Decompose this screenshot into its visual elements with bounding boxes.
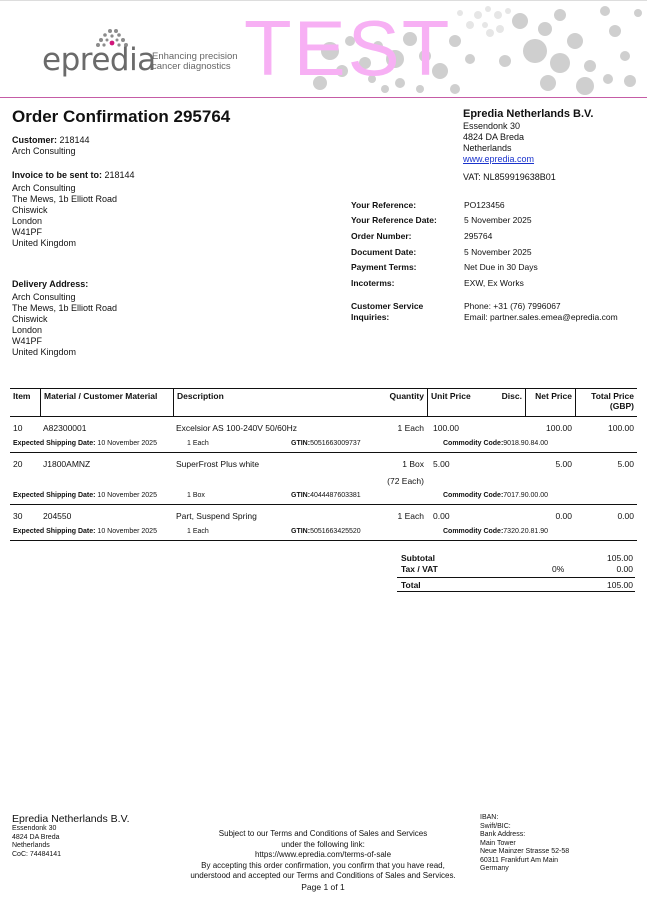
reference-label: Document Date: [351,247,464,257]
shipping-quantity: 1 Box [187,492,205,499]
shipping-date-value: 10 November 2025 [97,528,157,535]
reference-value: EXW, Ex Works [464,278,524,288]
reference-row: Your Reference:PO123456 [351,197,538,213]
address-line: W41PF [12,227,135,238]
customer-label: Customer: [12,135,57,145]
net-price: 0.00 [555,511,572,521]
seller-line: Netherlands [463,143,593,154]
invoice-address-block: Invoice to be sent to: 218144 Arch Consu… [12,170,135,249]
unit-price: 0.00 [433,511,450,521]
footer-company-line: Netherlands [12,842,130,851]
address-line: Arch Consulting [12,183,135,194]
page-title: Order Confirmation 295764 [12,107,230,127]
item-quantity: 1 Box [402,459,424,469]
website-link[interactable]: www.epredia.com [463,154,593,165]
footer-bank: IBAN: Swift/BIC: Bank Address: Main Towe… [480,814,569,874]
col-material: Material / Customer Material [40,389,173,416]
address-line: United Kingdom [12,347,117,358]
tagline-line-2: cancer diagnostics [152,62,238,72]
reference-details: Your Reference:PO123456 Your Reference D… [351,197,538,291]
address-line: The Mews, 1b Elliott Road [12,194,135,205]
col-description: Description [173,389,373,416]
invoice-label: Invoice to be sent to: [12,170,102,180]
vat-number: VAT: NL859919638B01 [463,172,593,183]
material-number: 204550 [43,511,71,521]
customer-block: Customer: 218144 Arch Consulting [12,135,90,157]
tax-value: 0.00 [616,564,633,574]
logo-tagline: Enhancing precision cancer diagnostics [152,52,238,72]
bank-line: IBAN: [480,814,569,823]
footer-company: Epredia Netherlands B.V. Essendonk 30 48… [12,813,130,859]
header-divider [0,97,647,98]
col-disc: Disc. [480,389,525,416]
address-line: Arch Consulting [12,292,117,303]
shipping-date-value: 10 November 2025 [97,440,157,447]
reference-label: Your Reference: [351,200,464,210]
seller-line: Essendonk 30 [463,121,593,132]
net-price: 5.00 [555,459,572,469]
item-description: SuperFrost Plus white [176,459,259,469]
table-row: 20J1800AMNZSuperFrost Plus white1 Box(72… [10,453,637,505]
unit-price: 100.00 [433,423,459,433]
shipping-date: Expected Shipping Date: 10 November 2025 [13,440,157,447]
delivery-address-block: Delivery Address: Arch Consulting The Me… [12,279,117,358]
total-price: 5.00 [617,459,634,469]
terms-line: under the following link: [170,840,476,851]
reference-label: Your Reference Date: [351,215,464,225]
col-unit-price: Unit Price [427,389,480,416]
reference-row: Order Number:295764 [351,228,538,244]
invoice-number: 218144 [105,170,135,180]
footer-company-line: CoC: 74484141 [12,851,130,860]
seller-name: Epredia Netherlands B.V. [463,108,593,121]
commodity-code: Commodity Code:7017.90.00.00 [443,492,548,499]
header-banner: epredia Enhancing precision cancer diagn… [0,0,647,98]
total-value: 105.00 [607,580,633,590]
table-row: 10A82300001Excelsior AS 100-240V 50/60Hz… [10,417,637,453]
shipping-quantity: 1 Each [187,528,209,535]
shipping-date: Expected Shipping Date: 10 November 2025 [13,528,157,535]
item-quantity: 1 Each [398,511,424,521]
address-line: W41PF [12,336,117,347]
reference-value: 5 November 2025 [464,215,532,225]
commodity-code: Commodity Code:7320.20.81.90 [443,528,548,535]
reference-row: Payment Terms:Net Due in 30 Days [351,259,538,275]
item-number: 30 [13,511,22,521]
shipping-date-value: 10 November 2025 [97,492,157,499]
reference-row: Your Reference Date:5 November 2025 [351,213,538,229]
footer-company-line: Essendonk 30 [12,825,130,834]
shipping-date: Expected Shipping Date: 10 November 2025 [13,492,157,499]
address-line: United Kingdom [12,238,135,249]
gtin: GTIN:4044487603381 [291,492,361,499]
gtin: GTIN:5051663425520 [291,528,361,535]
customer-service-block: Customer Service Inquiries: Phone: +31 (… [351,301,618,322]
total-price: 100.00 [608,423,634,433]
footer-company-line: 4824 DA Breda [12,834,130,843]
item-description: Excelsior AS 100-240V 50/60Hz [176,423,297,433]
material-number: J1800AMNZ [43,459,90,469]
footer-terms: Subject to our Terms and Conditions of S… [170,829,476,882]
bank-line: Main Tower [480,840,569,849]
customer-service-label: Customer Service Inquiries: [351,301,464,322]
col-net-price: Net Price [525,389,575,416]
terms-line: Subject to our Terms and Conditions of S… [170,829,476,840]
address-line: Chiswick [12,205,135,216]
customer-number: 218144 [60,135,90,145]
address-line: The Mews, 1b Elliott Road [12,303,117,314]
reference-label: Incoterms: [351,278,464,288]
shipping-quantity: 1 Each [187,440,209,447]
epredia-logo: epredia Enhancing precision cancer diagn… [40,28,250,78]
reference-value: 5 November 2025 [464,247,532,257]
col-total-price: Total Price (GBP) [575,389,637,416]
total-price: 0.00 [617,511,634,521]
terms-link[interactable]: https://www.epredia.com/terms-of-sale [170,850,476,861]
item-quantity-extra: (72 Each) [387,476,424,486]
reference-value: PO123456 [464,200,505,210]
item-number: 20 [13,459,22,469]
totals-block: Subtotal 105.00 Tax / VAT 0% 0.00 Total … [397,553,635,592]
seller-line: 4824 DA Breda [463,132,593,143]
reference-value: 295764 [464,231,492,241]
bank-line: Swift/BIC: [480,823,569,832]
col-quantity: Quantity [365,389,427,416]
reference-row: Document Date:5 November 2025 [351,244,538,260]
page-number: Page 1 of 1 [170,882,476,892]
terms-line: understood and accepted our Terms and Co… [170,871,476,882]
cs-email[interactable]: Email: partner.sales.emea@epredia.com [464,312,618,323]
footer-company-name: Epredia Netherlands B.V. [12,813,130,825]
bank-line: Bank Address: [480,831,569,840]
col-item: Item [10,389,40,416]
table-row: 30204550Part, Suspend Spring1 Each0.000.… [10,505,637,541]
address-line: London [12,216,135,227]
subtotal-label: Subtotal [401,553,435,563]
customer-name: Arch Consulting [12,146,90,157]
commodity-code: Commodity Code:9018.90.84.00 [443,440,548,447]
bank-line: Germany [480,865,569,874]
cs-label-line: Customer Service [351,301,464,312]
shipping-date-label: Expected Shipping Date: [13,528,95,535]
subtotal-row: Subtotal 105.00 [397,553,635,564]
reference-row: Incoterms:EXW, Ex Works [351,275,538,291]
terms-line: By accepting this order confirmation, yo… [170,861,476,872]
logo-wordmark: epredia [42,42,156,78]
unit-price: 5.00 [433,459,450,469]
total-row: Total 105.00 [397,577,635,592]
total-label: Total [401,580,421,590]
bank-line: 60311 Frankfurt Am Main [480,857,569,866]
shipping-date-label: Expected Shipping Date: [13,492,95,499]
item-quantity: 1 Each [398,423,424,433]
table-header: Item Material / Customer Material Descri… [10,388,637,417]
item-number: 10 [13,423,22,433]
subtotal-value: 105.00 [607,553,633,563]
order-items-table: Item Material / Customer Material Descri… [10,388,637,541]
net-price: 100.00 [546,423,572,433]
delivery-label: Delivery Address: [12,279,117,290]
item-description: Part, Suspend Spring [176,511,257,521]
bank-line: Neue Mainzer Strasse 52-58 [480,848,569,857]
tax-rate: 0% [552,564,564,574]
material-number: A82300001 [43,423,87,433]
gtin: GTIN:5051663009737 [291,440,361,447]
currency-header: (GBP) [579,401,634,411]
reference-label: Payment Terms: [351,262,464,272]
address-line: London [12,325,117,336]
cs-phone: Phone: +31 (76) 7996067 [464,301,618,312]
cs-label-line: Inquiries: [351,312,464,323]
reference-value: Net Due in 30 Days [464,262,538,272]
address-line: Chiswick [12,314,117,325]
shipping-date-label: Expected Shipping Date: [13,440,95,447]
seller-block: Epredia Netherlands B.V. Essendonk 30 48… [463,108,593,183]
reference-label: Order Number: [351,231,464,241]
tax-label: Tax / VAT [401,564,438,574]
test-watermark: TEST [244,3,451,93]
total-price-header: Total Price [579,391,634,401]
tax-row: Tax / VAT 0% 0.00 [397,564,635,575]
